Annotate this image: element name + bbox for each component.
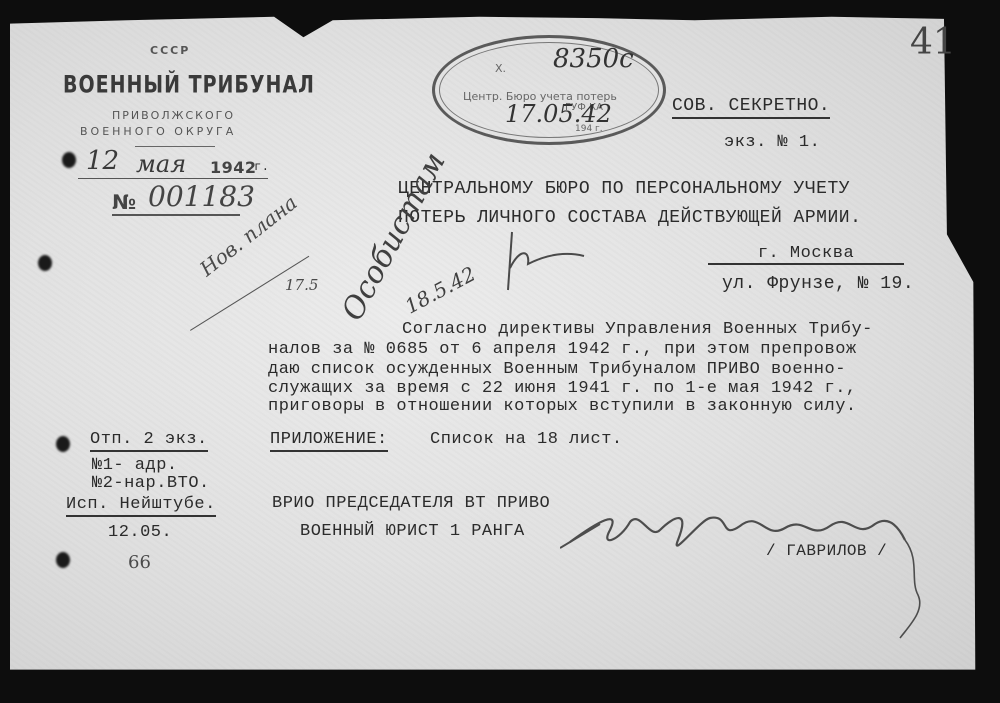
page-number: 41 (910, 22, 956, 63)
copy-number: экз. № 1. (724, 133, 820, 152)
signature-name: / ГАВРИЛОВ / (766, 542, 887, 560)
signature-title-1: ВРИО ПРЕДСЕДАТЕЛЯ ВТ ПРИВО (272, 494, 550, 513)
letterhead-emblem: СССР (150, 44, 190, 57)
distribution-executor: Исп. Нейштубе. (66, 495, 216, 517)
stamp-x: Х. (495, 62, 506, 75)
handwritten-signature (560, 500, 940, 640)
annotation-note-left-date: 17.5 (285, 276, 318, 294)
number-label: № (112, 190, 137, 214)
distribution-copy2: №2-нар.ВТО. (92, 474, 210, 493)
letterhead-org: ВОЕННЫЙ ТРИБУНАЛ (63, 71, 315, 99)
body-line-4: служащих за время с 22 июня 1941 г. по 1… (268, 379, 857, 398)
date-year: 1942 (210, 158, 257, 177)
punch-hole (56, 552, 70, 568)
addressee-city-text: г. Москва (758, 244, 854, 263)
stamp-year: 194 г. (575, 124, 603, 134)
distribution-date: 12.05. (108, 523, 172, 542)
date-day: 12 (86, 146, 119, 176)
addressee-line2: ПОТЕРЬ ЛИЧНОГО СОСТАВА ДЕЙСТВУЮЩЕЙ АРМИИ… (398, 208, 861, 228)
letterhead-date: 12 мая 1942 г. (78, 148, 268, 179)
addressee-city: г. Москва (708, 244, 904, 265)
stamp-incoming-number: 8350с (553, 44, 634, 74)
distribution-copy1: №1- адр. (92, 456, 178, 475)
signature-title-2: ВОЕННЫЙ ЮРИСТ 1 РАНГА (300, 522, 525, 541)
number-value: 001183 (148, 180, 255, 213)
annotation-initials-scribble (500, 228, 590, 298)
date-month: мая (136, 150, 186, 178)
body-line-5: приговоры в отношении которых вступили в… (268, 397, 857, 416)
attachment-label: ПРИЛОЖЕНИЕ: (270, 430, 388, 452)
distribution-copies: Отп. 2 экз. (90, 430, 208, 452)
body-line-2: налов за № 0685 от 6 апреля 1942 г., при… (268, 340, 857, 359)
punch-hole (62, 152, 76, 168)
body-line-1: Согласно директивы Управления Военных Тр… (402, 320, 873, 339)
letterhead-divider (135, 146, 215, 147)
classification-label: СОВ. СЕКРЕТНО. (672, 96, 830, 119)
punch-hole (38, 255, 52, 271)
distribution-code: 66 (128, 552, 151, 573)
date-suffix: г. (254, 160, 269, 174)
receipt-stamp: Х. 8350с Центр. Бюро учета потерь ГУФ КА… (432, 35, 666, 145)
addressee-street: ул. Фрунзе, № 19. (722, 274, 914, 294)
addressee-line1: ЦЕНТРАЛЬНОМУ БЮРО ПО ПЕРСОНАЛЬНОМУ УЧЕТУ (398, 179, 850, 199)
punch-hole (56, 436, 70, 452)
letterhead-district2: ВОЕННОГО ОКРУГА (80, 125, 236, 138)
letterhead-district1: ПРИВОЛЖСКОГО (112, 109, 235, 122)
letterhead-number: № 001183 (112, 184, 240, 216)
body-line-3: даю список осужденных Военным Трибуналом… (268, 360, 846, 379)
attachment-text: Список на 18 лист. (430, 430, 623, 449)
